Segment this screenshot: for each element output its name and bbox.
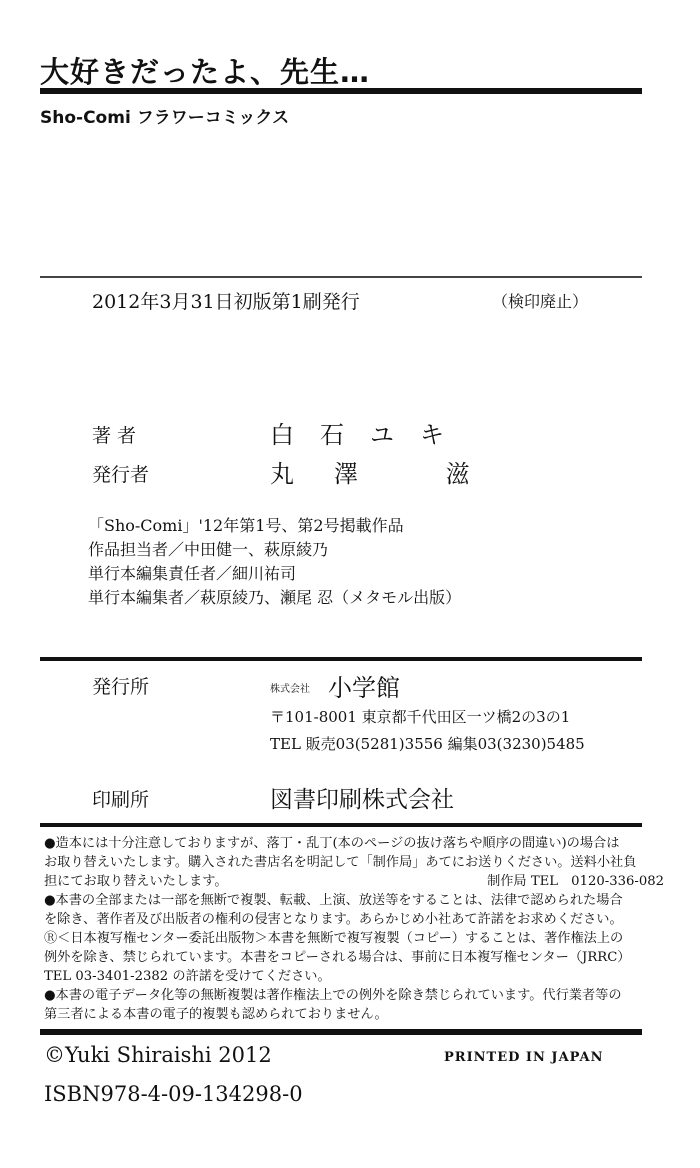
publisher-address: 〒101-8001 東京都千代田区一ツ橋2の3の1 [270,706,570,727]
printed-in-japan: PRINTED IN JAPAN [444,1050,603,1065]
title-divider [40,88,642,94]
publication-date: 2012年3月31日初版第1刷発行 [92,287,360,314]
copyright: ©Yuki Shiraishi 2012 [44,1043,272,1067]
note-line: 単行本編集者／萩原綾乃、瀬尾 忍（メタモル出版） [88,586,461,610]
legal-line: 第三者による本書の電子的複製も認められておりません。 [44,1005,664,1024]
publisher-tel: TEL 販売03(5281)3556 編集03(3230)5485 [270,733,585,754]
author-name: 白石ユキ [270,415,470,450]
publisher-corp-name: 小学館 [328,668,400,703]
date-divider [40,276,642,278]
editorial-notes: 「Sho-Comi」'12年第1号、第2号掲載作品 作品担当者／中田健一、萩原綾… [88,514,461,610]
legal-line: お取り替えいたします。購入された書店名を明記して「制作局」あてにお送りください。… [44,853,664,872]
publisher-key: 発行所 [92,672,149,699]
legal-line: を除き、著作者及び出版者の権利の侵害となります。あらかじめ小社あて許諾をお求めく… [44,910,664,929]
legal-line: ●本書の全部または一部を無断で複製、転載、上演、放送等をすることは、法律で認めら… [44,891,664,910]
publisher-person-key: 発行者 [92,460,149,487]
legal-line: TEL 03-3401-2382 の許諾を受けてください。 [44,967,664,986]
legal-line: ●造本には十分注意しておりますが、落丁・乱丁(本のページの抜け落ちや順序の間違い… [44,834,664,853]
publisher-person-name: 丸澤 滋 [270,454,510,489]
publisher-divider [40,657,642,661]
book-title: 大好きだったよ、先生… [40,50,370,91]
legal-line: Ⓡ＜日本複写権センター委託出版物＞本書を無断で複写複製（コピー）することは、著作… [44,929,664,948]
note-line: 作品担当者／中田健一、萩原綾乃 [88,538,461,562]
note-line: 単行本編集責任者／細川祐司 [88,562,461,586]
legal-notice: ●造本には十分注意しておりますが、落丁・乱丁(本のページの抜け落ちや順序の間違い… [44,834,664,1024]
printer-key: 印刷所 [92,785,149,812]
legal-line: 例外を除き、禁じられています。本書をコピーされる場合は、事前に日本複写権センター… [44,948,664,967]
seal-note: （検印廃止） [492,289,588,312]
imprint-label: Sho-Comi フラワーコミックス [40,103,289,128]
legal-line: ●本書の電子データ化等の無断複製は著作権法上での例外を除き禁じられています。代行… [44,986,664,1005]
printer-name: 図書印刷株式会社 [270,781,454,814]
publisher-corp-prefix: 株式会社 [270,680,310,695]
author-key: 著 者 [92,421,136,448]
isbn: ISBN978-4-09-134298-0 [44,1082,303,1106]
footer-divider [40,1029,642,1035]
note-line: 「Sho-Comi」'12年第1号、第2号掲載作品 [88,514,461,538]
legal-divider [40,823,642,827]
